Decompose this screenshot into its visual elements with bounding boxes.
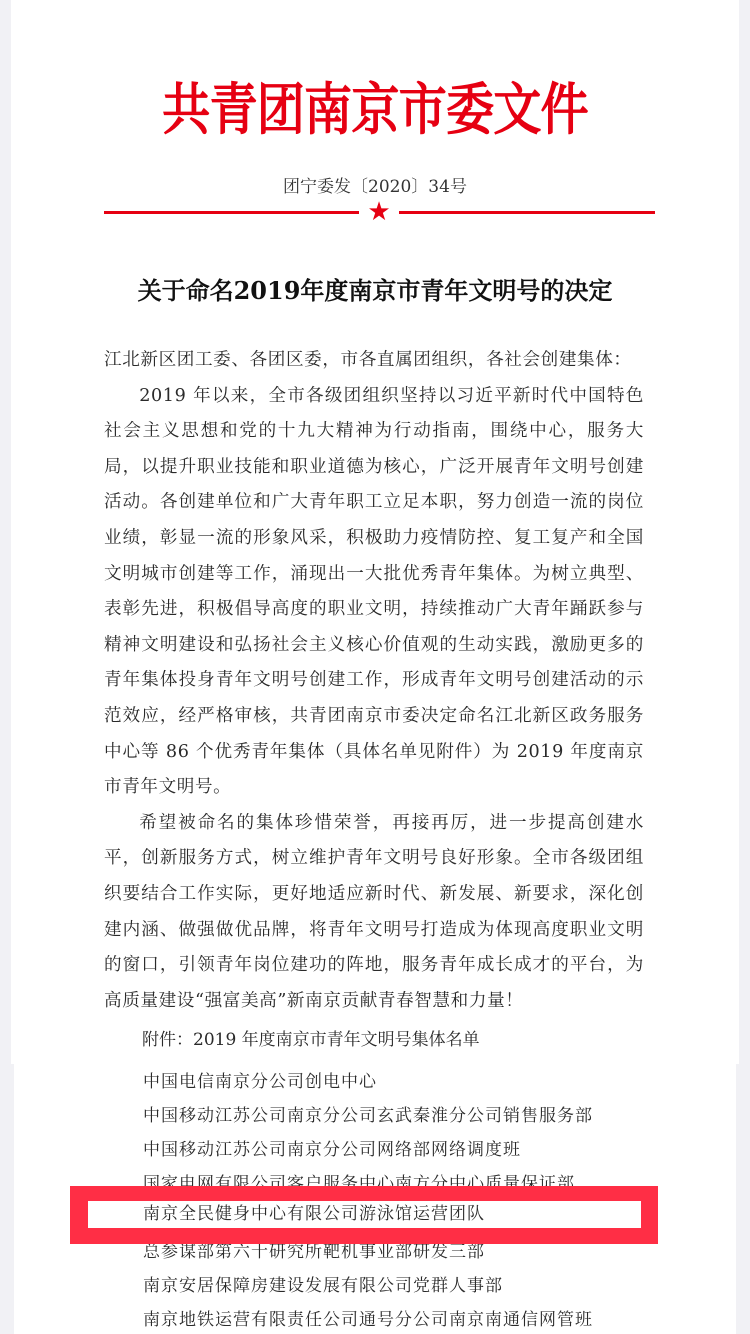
list-item: 南京安居保障房建设发展有限公司党群人事部	[143, 1269, 593, 1303]
paragraph-1: 2019 年以来，全市各级团组织坚持以习近平新时代中国特色社会主义思想和党的十九…	[104, 379, 644, 806]
highlighted-list-item: 南京全民健身中心有限公司游泳馆运营团队	[143, 1197, 485, 1231]
document-body: 江北新区团工委、各团区委，市各直属团组织，各社会创建集体： 2019 年以来，全…	[104, 343, 644, 1019]
attachment-title: 附件：2019 年度南京市青年文明号集体名单	[142, 1025, 480, 1050]
list-item: 南京地铁运营有限责任公司通号分公司南京南通信网管班	[143, 1303, 593, 1334]
header-divider-right	[399, 211, 655, 214]
paragraph-2: 希望被命名的集体珍惜荣誉，再接再厉，进一步提高创建水平，创新服务方式，树立维护青…	[104, 806, 644, 1020]
list-item: 中国电信南京分公司创电中心	[143, 1065, 593, 1099]
addressee: 江北新区团工委、各团区委，市各直属团组织，各社会创建集体：	[104, 343, 644, 379]
document-header-title: 共青团南京市委文件	[53, 66, 698, 146]
document-heading: 关于命名2019年度南京市青年文明号的决定	[0, 271, 750, 306]
document-number: 团宁委发〔2020〕34号	[0, 172, 750, 197]
star-icon: ★	[366, 199, 392, 225]
list-item: 中国移动江苏公司南京分公司网络部网络调度班	[143, 1133, 593, 1167]
list-item: 中国移动江苏公司南京分公司玄武秦淮分公司销售服务部	[143, 1099, 593, 1133]
header-divider-left	[104, 211, 359, 214]
